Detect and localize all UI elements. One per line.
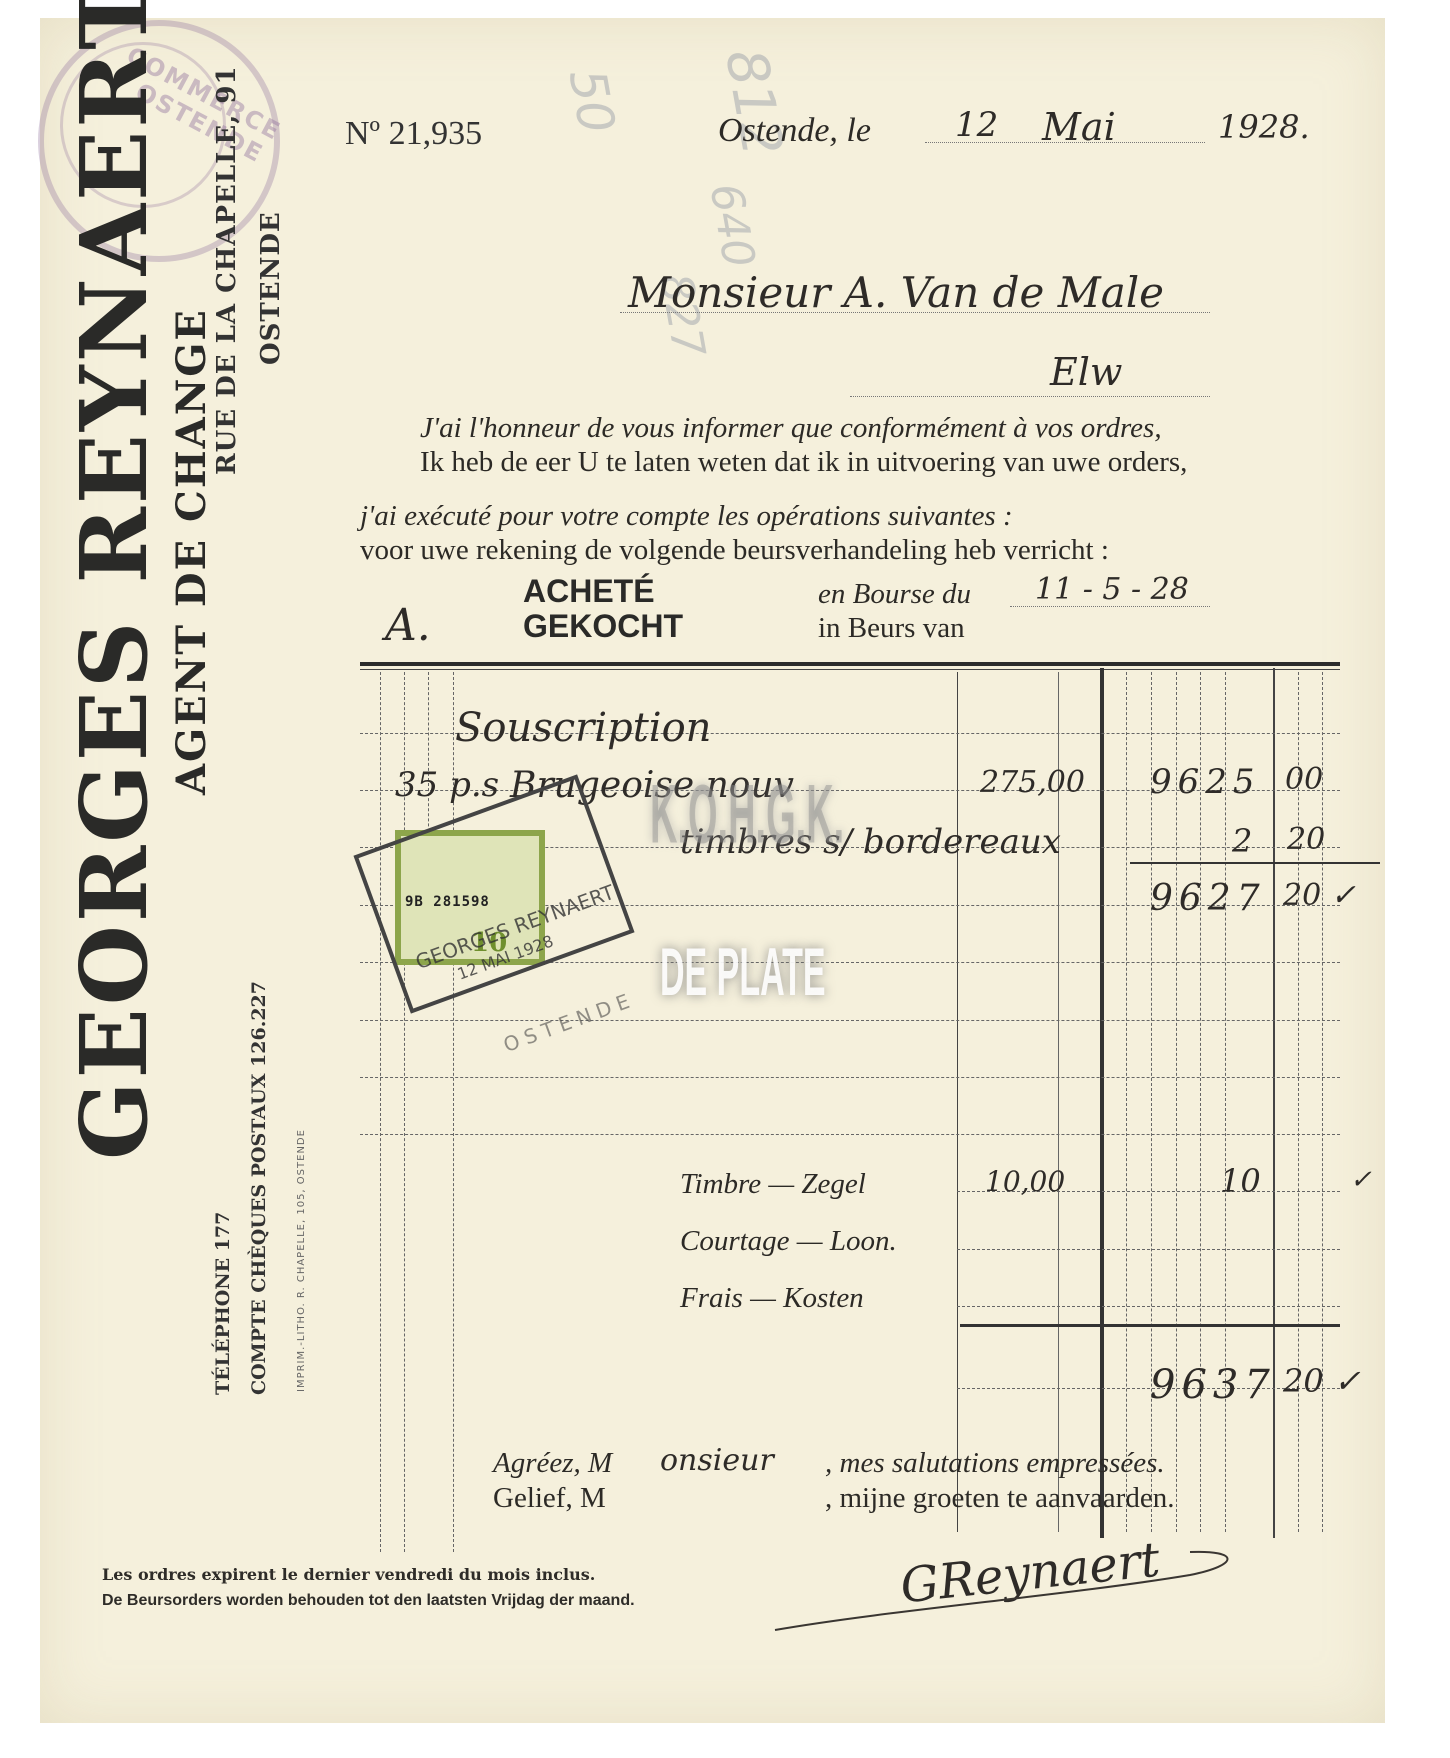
company-telephone: TÉLÉPHONE 177 bbox=[212, 1212, 234, 1395]
closing-fr-handwritten: onsieur bbox=[660, 1443, 774, 1478]
intro-fr-2: j'ai exécuté pour votre compte les opéra… bbox=[360, 500, 1013, 533]
row-description: Souscription bbox=[455, 705, 711, 751]
row-price: 275,00 bbox=[980, 765, 1085, 800]
bourse-date: 11 - 5 - 28 bbox=[1035, 572, 1189, 607]
fee-check: ✓ bbox=[1350, 1165, 1372, 1195]
company-profession: AGENT DE CHANGE bbox=[168, 308, 215, 795]
fee-label-frais: Frais — Kosten bbox=[680, 1282, 864, 1315]
subtotal-amount: 9627 bbox=[1150, 878, 1266, 919]
row-amount: 9625 bbox=[1150, 762, 1261, 802]
intro-nl-1: Ik heb de eer U te laten weten dat ik in… bbox=[420, 446, 1187, 479]
date-month: Mai bbox=[1042, 105, 1116, 149]
company-address-street: RUE DE LA CHAPELLE, 91 bbox=[212, 65, 242, 475]
company-postal-account: COMPTE CHÈQUES POSTAUX 126.227 bbox=[248, 981, 270, 1395]
closing-fr-prefix: Agréez, M bbox=[493, 1447, 612, 1480]
fee-label-courtage: Courtage — Loon. bbox=[680, 1225, 897, 1258]
footer-notice-fr: Les ordres expirent le dernier vendredi … bbox=[102, 1565, 595, 1584]
fee-label-timbre: Timbre — Zegel bbox=[680, 1168, 866, 1201]
company-name: GEORGES REYNAERT bbox=[60, 0, 168, 1160]
row-cents: 20 bbox=[1287, 822, 1325, 857]
bourse-label-fr: en Bourse du bbox=[818, 578, 971, 611]
operation-marker: A. bbox=[385, 600, 431, 651]
closing-nl-suffix: , mijne groeten te aanvaarden. bbox=[825, 1482, 1174, 1515]
watermark-top: K.O.H.G.K. bbox=[650, 770, 844, 865]
closing-nl-prefix: Gelief, M bbox=[493, 1482, 606, 1515]
bourse-label-nl: in Beurs van bbox=[818, 612, 965, 645]
recipient-location: Elw bbox=[1050, 350, 1122, 394]
pencil-note: 50 bbox=[558, 65, 626, 138]
row-quantity: 35 p.s bbox=[395, 765, 499, 805]
footer-notice-nl: De Beursorders worden behouden tot den l… bbox=[102, 1592, 635, 1610]
total-cents: 20 ✓ bbox=[1283, 1362, 1361, 1400]
signature-flourish bbox=[770, 1540, 1250, 1650]
operation-type-nl: GEKOCHT bbox=[523, 608, 683, 645]
intro-nl-2: voor uwe rekening de volgende beursverha… bbox=[360, 534, 1109, 567]
place-prefix: Ostende, le bbox=[718, 112, 871, 150]
fee-amount: 10 bbox=[1220, 1162, 1261, 1200]
printer-imprint: IMPRIM.-LITHO. R. CHAPELLE, 105, OSTENDE bbox=[296, 1129, 307, 1392]
date-day: 12 bbox=[955, 105, 998, 145]
row-cents: 00 bbox=[1285, 762, 1323, 797]
intro-fr-1: J'ai l'honneur de vous informer que conf… bbox=[420, 412, 1162, 445]
subtotal-cents: 20 ✓ bbox=[1283, 878, 1356, 913]
closing-fr-suffix: , mes salutations empressées. bbox=[825, 1447, 1165, 1480]
total-amount: 9637 bbox=[1150, 1362, 1276, 1408]
document-number: Nº 21,935 bbox=[345, 115, 482, 153]
operation-type-fr: ACHETÉ bbox=[523, 573, 655, 610]
fee-price: 10,00 bbox=[985, 1165, 1065, 1198]
company-address-city: OSTENDE bbox=[256, 211, 286, 365]
row-amount: 2 bbox=[1232, 822, 1252, 860]
date-year: 1928. bbox=[1218, 108, 1310, 146]
recipient-name: Monsieur A. Van de Male bbox=[628, 268, 1164, 317]
watermark-side: DE PLATE bbox=[660, 935, 826, 1013]
